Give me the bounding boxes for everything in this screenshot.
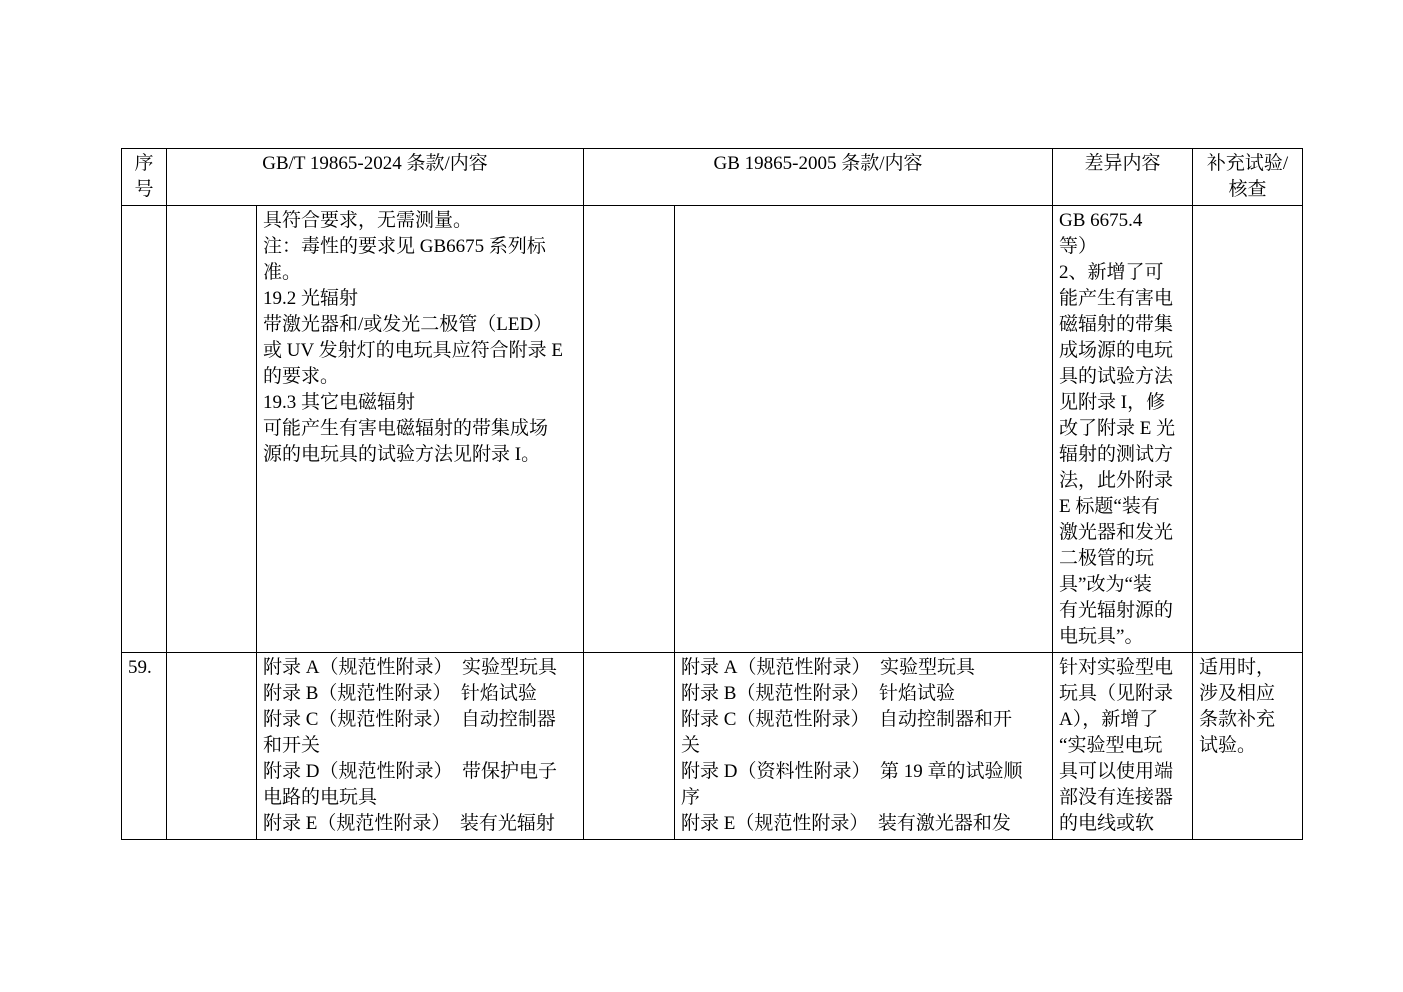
- standards-comparison-table: 序 号 GB/T 19865-2024 条款/内容 GB 19865-2005 …: [121, 148, 1303, 840]
- difference-cell: 针对实验型电 玩具（见附录 A），新增了 “实验型电玩 具可以使用端 部没有连接…: [1053, 653, 1193, 840]
- supplementary-test-cell: [1193, 206, 1303, 653]
- content-2005-cell: [675, 206, 1053, 653]
- clause-no-2024-cell: [167, 206, 257, 653]
- table-header-row: 序 号 GB/T 19865-2024 条款/内容 GB 19865-2005 …: [122, 149, 1303, 206]
- clause-no-2005-cell: [584, 206, 675, 653]
- clause-no-2005-cell: [584, 653, 675, 840]
- supplementary-test-cell: 适用时， 涉及相应 条款补充 试验。: [1193, 653, 1303, 840]
- header-difference-content: 差异内容: [1053, 149, 1193, 206]
- document-page: 序 号 GB/T 19865-2024 条款/内容 GB 19865-2005 …: [0, 0, 1403, 992]
- table-row-59: 59. 附录 A（规范性附录） 实验型玩具 附录 B（规范性附录） 针焰试验 附…: [122, 653, 1303, 840]
- serial-no-cell: [122, 206, 167, 653]
- content-2024-cell: 具符合要求，无需测量。 注：毒性的要求见 GB6675 系列标 准。 19.2 …: [257, 206, 584, 653]
- content-2024-cell: 附录 A（规范性附录） 实验型玩具 附录 B（规范性附录） 针焰试验 附录 C（…: [257, 653, 584, 840]
- serial-no-cell: 59.: [122, 653, 167, 840]
- header-supplementary-test: 补充试验/ 核查: [1193, 149, 1303, 206]
- table-row-continued: 具符合要求，无需测量。 注：毒性的要求见 GB6675 系列标 准。 19.2 …: [122, 206, 1303, 653]
- header-gb-19865-2005: GB 19865-2005 条款/内容: [584, 149, 1053, 206]
- header-gbt-19865-2024: GB/T 19865-2024 条款/内容: [167, 149, 584, 206]
- content-2005-cell: 附录 A（规范性附录） 实验型玩具 附录 B（规范性附录） 针焰试验 附录 C（…: [675, 653, 1053, 840]
- header-serial-no: 序 号: [122, 149, 167, 206]
- difference-cell: GB 6675.4 等） 2、新增了可 能产生有害电 磁辐射的带集 成场源的电玩…: [1053, 206, 1193, 653]
- clause-no-2024-cell: [167, 653, 257, 840]
